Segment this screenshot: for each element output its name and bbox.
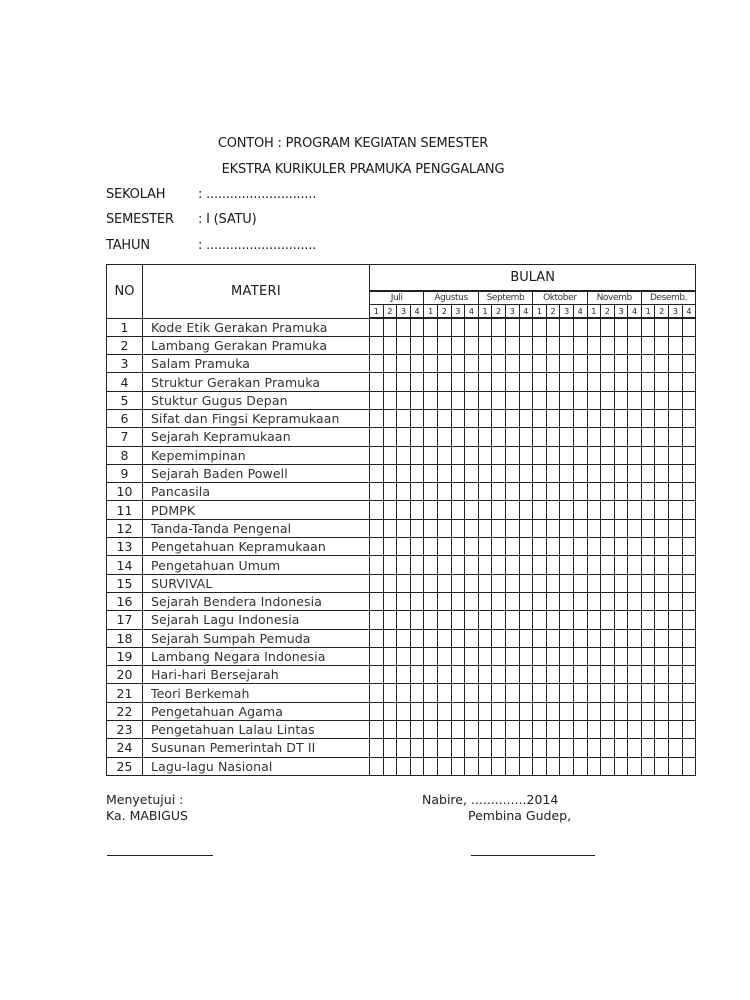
schedule-cell (397, 318, 411, 336)
meta-label: TAHUN (106, 238, 198, 253)
schedule-cell (655, 702, 669, 720)
schedule-cell (669, 501, 683, 519)
row-materi: Lambang Gerakan Pramuka (143, 336, 370, 354)
schedule-cell (383, 757, 397, 775)
schedule-cell (641, 592, 655, 610)
row-number: 13 (107, 538, 143, 556)
schedule-cell (519, 538, 533, 556)
schedule-cell (437, 336, 451, 354)
schedule-cell (383, 538, 397, 556)
schedule-cell (424, 629, 438, 647)
schedule-cell (451, 483, 465, 501)
schedule-cell (614, 757, 628, 775)
schedule-cell (533, 629, 547, 647)
schedule-cell (519, 629, 533, 647)
schedule-cell (519, 592, 533, 610)
schedule-cell (437, 574, 451, 592)
schedule-cell (601, 409, 615, 427)
schedule-cell (601, 647, 615, 665)
schedule-cell (410, 318, 424, 336)
schedule-cell (410, 391, 424, 409)
schedule-cell (451, 446, 465, 464)
table-row: 16Sejarah Bendera Indonesia (107, 592, 696, 610)
row-materi: Pengetahuan Kepramukaan (143, 538, 370, 556)
schedule-cell (533, 519, 547, 537)
schedule-cell (546, 501, 560, 519)
schedule-cell (383, 611, 397, 629)
schedule-cell (641, 702, 655, 720)
month-header: Juli (370, 291, 424, 305)
schedule-cell (505, 409, 519, 427)
schedule-cell (424, 409, 438, 427)
schedule-cell (560, 336, 574, 354)
schedule-cell (614, 391, 628, 409)
schedule-cell (601, 501, 615, 519)
schedule-cell (601, 666, 615, 684)
schedule-table: NO MATERI BULAN JuliAgustusSeptembOktobe… (106, 264, 696, 776)
schedule-cell (641, 373, 655, 391)
schedule-cell (682, 501, 696, 519)
schedule-cell (546, 647, 560, 665)
table-row: 4Struktur Gerakan Pramuka (107, 373, 696, 391)
schedule-cell (587, 592, 601, 610)
schedule-cell (641, 519, 655, 537)
schedule-cell (546, 336, 560, 354)
schedule-cell (614, 556, 628, 574)
schedule-cell (451, 409, 465, 427)
schedule-cell (519, 355, 533, 373)
schedule-cell (655, 409, 669, 427)
schedule-cell (533, 574, 547, 592)
schedule-cell (370, 464, 384, 482)
table-row: 8Kepemimpinan (107, 446, 696, 464)
column-header-no: NO (107, 265, 143, 319)
schedule-cell (560, 757, 574, 775)
schedule-cell (560, 684, 574, 702)
schedule-cell (601, 629, 615, 647)
schedule-cell (560, 702, 574, 720)
schedule-cell (641, 647, 655, 665)
schedule-cell (424, 391, 438, 409)
schedule-cell (669, 757, 683, 775)
schedule-cell (519, 373, 533, 391)
schedule-cell (451, 464, 465, 482)
schedule-cell (478, 446, 492, 464)
schedule-cell (533, 446, 547, 464)
schedule-cell (370, 611, 384, 629)
schedule-cell (682, 721, 696, 739)
schedule-cell (451, 592, 465, 610)
schedule-cell (655, 721, 669, 739)
table-row: 18Sejarah Sumpah Pemuda (107, 629, 696, 647)
schedule-cell (505, 611, 519, 629)
schedule-cell (601, 519, 615, 537)
schedule-cell (601, 355, 615, 373)
schedule-cell (546, 556, 560, 574)
schedule-cell (614, 739, 628, 757)
schedule-cell (628, 318, 642, 336)
schedule-cell (424, 556, 438, 574)
schedule-cell (655, 391, 669, 409)
schedule-cell (397, 757, 411, 775)
schedule-cell (533, 702, 547, 720)
schedule-cell (546, 373, 560, 391)
approval-label: Menyetujui : (106, 792, 183, 807)
schedule-cell (546, 428, 560, 446)
schedule-cell (451, 501, 465, 519)
schedule-cell (614, 647, 628, 665)
schedule-cell (573, 647, 587, 665)
schedule-cell (614, 538, 628, 556)
schedule-cell (682, 574, 696, 592)
schedule-cell (478, 355, 492, 373)
schedule-cell (601, 391, 615, 409)
schedule-cell (492, 574, 506, 592)
row-materi: Kode Etik Gerakan Pramuka (143, 318, 370, 336)
schedule-cell (669, 483, 683, 501)
schedule-cell (492, 684, 506, 702)
schedule-cell (533, 538, 547, 556)
schedule-cell (560, 666, 574, 684)
schedule-cell (641, 446, 655, 464)
schedule-cell (397, 611, 411, 629)
table-row: 2Lambang Gerakan Pramuka (107, 336, 696, 354)
schedule-cell (370, 483, 384, 501)
schedule-cell (601, 464, 615, 482)
schedule-cell (410, 556, 424, 574)
schedule-cell (424, 574, 438, 592)
schedule-cell (560, 647, 574, 665)
schedule-cell (587, 483, 601, 501)
schedule-cell (533, 501, 547, 519)
schedule-cell (519, 391, 533, 409)
schedule-cell (370, 391, 384, 409)
schedule-cell (533, 556, 547, 574)
schedule-cell (560, 556, 574, 574)
schedule-cell (682, 391, 696, 409)
schedule-cell (492, 611, 506, 629)
schedule-cell (573, 629, 587, 647)
schedule-cell (478, 647, 492, 665)
schedule-cell (682, 446, 696, 464)
schedule-cell (682, 428, 696, 446)
schedule-cell (505, 318, 519, 336)
document-title: CONTOH : PROGRAM KEGIATAN SEMESTER (0, 136, 728, 151)
schedule-cell (437, 592, 451, 610)
schedule-cell (437, 611, 451, 629)
schedule-cell (669, 373, 683, 391)
schedule-cell (383, 629, 397, 647)
schedule-cell (560, 391, 574, 409)
row-number: 25 (107, 757, 143, 775)
schedule-cell (383, 739, 397, 757)
schedule-cell (451, 519, 465, 537)
schedule-cell (437, 629, 451, 647)
schedule-cell (560, 428, 574, 446)
schedule-cell (383, 318, 397, 336)
schedule-cell (573, 574, 587, 592)
schedule-cell (573, 702, 587, 720)
schedule-cell (628, 611, 642, 629)
schedule-cell (669, 702, 683, 720)
schedule-cell (587, 391, 601, 409)
schedule-cell (628, 739, 642, 757)
schedule-cell (614, 501, 628, 519)
schedule-cell (614, 428, 628, 446)
row-materi: Sejarah Bendera Indonesia (143, 592, 370, 610)
schedule-cell (437, 355, 451, 373)
schedule-cell (424, 702, 438, 720)
schedule-cell (546, 739, 560, 757)
schedule-cell (546, 574, 560, 592)
schedule-cell (655, 538, 669, 556)
row-materi: SURVIVAL (143, 574, 370, 592)
schedule-cell (573, 483, 587, 501)
schedule-cell (641, 666, 655, 684)
schedule-cell (614, 592, 628, 610)
schedule-cell (478, 611, 492, 629)
week-header: 4 (410, 305, 424, 319)
schedule-cell (601, 373, 615, 391)
schedule-cell (614, 519, 628, 537)
schedule-cell (397, 556, 411, 574)
schedule-cell (383, 428, 397, 446)
schedule-cell (410, 666, 424, 684)
schedule-cell (492, 647, 506, 665)
schedule-cell (560, 611, 574, 629)
row-number: 11 (107, 501, 143, 519)
schedule-cell (505, 519, 519, 537)
schedule-cell (465, 647, 479, 665)
schedule-cell (465, 538, 479, 556)
schedule-cell (655, 556, 669, 574)
schedule-cell (682, 684, 696, 702)
schedule-cell (628, 501, 642, 519)
schedule-cell (641, 501, 655, 519)
schedule-cell (397, 464, 411, 482)
schedule-cell (492, 391, 506, 409)
row-materi: Sifat dan Fingsi Kepramukaan (143, 409, 370, 427)
week-header: 4 (519, 305, 533, 319)
schedule-cell (437, 446, 451, 464)
schedule-cell (641, 483, 655, 501)
schedule-cell (370, 629, 384, 647)
schedule-cell (669, 428, 683, 446)
schedule-cell (492, 446, 506, 464)
schedule-cell (573, 556, 587, 574)
schedule-cell (370, 666, 384, 684)
schedule-cell (451, 373, 465, 391)
row-number: 24 (107, 739, 143, 757)
schedule-cell (424, 373, 438, 391)
schedule-cell (641, 391, 655, 409)
table-row: 1Kode Etik Gerakan Pramuka (107, 318, 696, 336)
schedule-cell (478, 519, 492, 537)
row-materi: Pancasila (143, 483, 370, 501)
schedule-cell (682, 556, 696, 574)
schedule-cell (628, 355, 642, 373)
row-number: 15 (107, 574, 143, 592)
schedule-cell (519, 739, 533, 757)
row-materi: Sejarah Kepramukaan (143, 428, 370, 446)
schedule-cell (437, 318, 451, 336)
row-number: 12 (107, 519, 143, 537)
schedule-cell (437, 739, 451, 757)
schedule-cell (655, 483, 669, 501)
schedule-cell (505, 757, 519, 775)
schedule-cell (424, 647, 438, 665)
schedule-cell (437, 483, 451, 501)
schedule-cell (587, 629, 601, 647)
schedule-cell (560, 483, 574, 501)
schedule-cell (519, 519, 533, 537)
schedule-cell (601, 483, 615, 501)
schedule-cell (546, 483, 560, 501)
schedule-cell (573, 538, 587, 556)
schedule-cell (669, 574, 683, 592)
schedule-cell (424, 336, 438, 354)
schedule-cell (628, 629, 642, 647)
schedule-cell (465, 355, 479, 373)
schedule-cell (383, 574, 397, 592)
schedule-cell (601, 739, 615, 757)
schedule-cell (383, 647, 397, 665)
schedule-cell (410, 592, 424, 610)
schedule-cell (533, 757, 547, 775)
table-row: 23Pengetahuan Lalau Lintas (107, 721, 696, 739)
schedule-cell (533, 739, 547, 757)
schedule-cell (682, 611, 696, 629)
schedule-cell (370, 556, 384, 574)
schedule-cell (628, 428, 642, 446)
schedule-cell (492, 666, 506, 684)
schedule-cell (641, 538, 655, 556)
schedule-cell (492, 355, 506, 373)
schedule-cell (546, 592, 560, 610)
schedule-cell (383, 446, 397, 464)
meta-semester: SEMESTER: I (SATU) (106, 212, 256, 227)
schedule-cell (533, 318, 547, 336)
schedule-cell (505, 684, 519, 702)
schedule-cell (669, 629, 683, 647)
schedule-cell (641, 464, 655, 482)
meta-school: SEKOLAH: ............................ (106, 187, 316, 202)
row-number: 1 (107, 318, 143, 336)
schedule-cell (397, 739, 411, 757)
schedule-cell (424, 721, 438, 739)
schedule-cell (383, 373, 397, 391)
row-materi: Kepemimpinan (143, 446, 370, 464)
week-header: 1 (478, 305, 492, 319)
schedule-cell (587, 574, 601, 592)
schedule-cell (614, 483, 628, 501)
schedule-cell (370, 336, 384, 354)
week-header: 3 (560, 305, 574, 319)
schedule-cell (682, 355, 696, 373)
schedule-cell (533, 592, 547, 610)
schedule-cell (655, 373, 669, 391)
row-materi: Sejarah Baden Powell (143, 464, 370, 482)
schedule-cell (370, 519, 384, 537)
schedule-cell (601, 757, 615, 775)
schedule-cell (519, 446, 533, 464)
table-row: 20Hari-hari Bersejarah (107, 666, 696, 684)
schedule-cell (587, 611, 601, 629)
schedule-cell (573, 373, 587, 391)
schedule-cell (614, 409, 628, 427)
schedule-cell (505, 739, 519, 757)
table-row: 15SURVIVAL (107, 574, 696, 592)
month-header: Desemb. (641, 291, 695, 305)
schedule-cell (505, 666, 519, 684)
schedule-cell (397, 647, 411, 665)
schedule-cell (492, 483, 506, 501)
schedule-cell (492, 464, 506, 482)
schedule-cell (383, 483, 397, 501)
schedule-cell (465, 391, 479, 409)
schedule-cell (655, 501, 669, 519)
schedule-cell (546, 702, 560, 720)
table-row: 21Teori Berkemah (107, 684, 696, 702)
schedule-cell (546, 538, 560, 556)
schedule-cell (383, 702, 397, 720)
schedule-cell (546, 629, 560, 647)
schedule-cell (478, 373, 492, 391)
schedule-cell (628, 409, 642, 427)
schedule-cell (410, 519, 424, 537)
schedule-cell (492, 592, 506, 610)
schedule-cell (628, 592, 642, 610)
schedule-cell (614, 464, 628, 482)
schedule-cell (437, 501, 451, 519)
schedule-cell (492, 757, 506, 775)
schedule-cell (465, 574, 479, 592)
schedule-cell (410, 409, 424, 427)
row-number: 20 (107, 666, 143, 684)
schedule-cell (451, 666, 465, 684)
week-header: 4 (465, 305, 479, 319)
schedule-cell (397, 538, 411, 556)
schedule-cell (533, 647, 547, 665)
schedule-cell (437, 519, 451, 537)
row-number: 9 (107, 464, 143, 482)
schedule-cell (505, 721, 519, 739)
schedule-cell (505, 428, 519, 446)
table-row: 19Lambang Negara Indonesia (107, 647, 696, 665)
schedule-cell (437, 721, 451, 739)
schedule-cell (451, 721, 465, 739)
schedule-cell (437, 373, 451, 391)
schedule-cell (505, 629, 519, 647)
month-header: Septemb (478, 291, 532, 305)
row-materi: Hari-hari Bersejarah (143, 666, 370, 684)
schedule-cell (465, 629, 479, 647)
schedule-cell (628, 336, 642, 354)
schedule-cell (601, 336, 615, 354)
schedule-cell (641, 355, 655, 373)
schedule-cell (628, 519, 642, 537)
week-header: 3 (451, 305, 465, 319)
schedule-cell (573, 592, 587, 610)
schedule-cell (533, 428, 547, 446)
schedule-cell (424, 666, 438, 684)
schedule-cell (410, 721, 424, 739)
schedule-cell (669, 318, 683, 336)
schedule-cell (370, 574, 384, 592)
row-number: 19 (107, 647, 143, 665)
meta-value: : ............................ (198, 187, 316, 202)
schedule-cell (614, 721, 628, 739)
